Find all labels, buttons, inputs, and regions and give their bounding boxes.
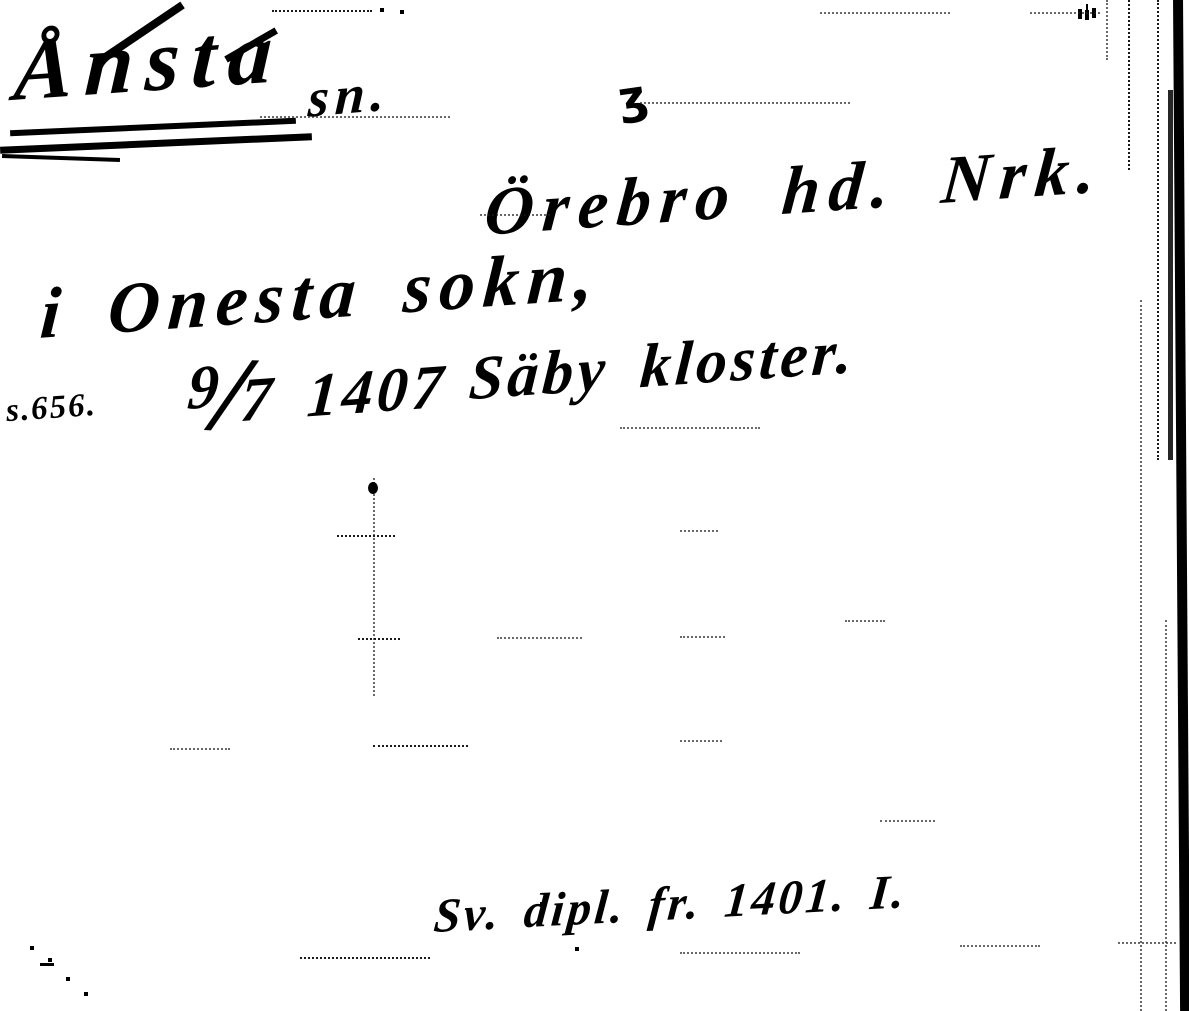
scan-dotted-line	[820, 12, 950, 14]
scan-dotted-line	[358, 638, 400, 640]
scan-dotted-line-vertical	[1140, 300, 1142, 1011]
scan-dotted-line	[680, 530, 718, 532]
headword-underline-flourish	[2, 154, 120, 162]
scan-dotted-line-vertical	[1157, 0, 1159, 460]
headword-underline-2	[0, 133, 312, 154]
date-month-year: 7 1407	[239, 355, 449, 432]
scan-dotted-line	[845, 620, 885, 622]
scan-dotted-line-vertical	[1128, 0, 1130, 170]
scan-dotted-line-vertical	[1165, 620, 1167, 1011]
scan-dotted-line	[373, 745, 468, 747]
scan-edge-right	[1173, 0, 1189, 1011]
quote-line: i Onesta sokn,	[38, 238, 604, 350]
scan-dotted-line	[480, 214, 550, 216]
scan-dotted-line	[337, 535, 395, 537]
scan-dotted-line	[170, 748, 230, 750]
date-line: 9/7 1407Säby kloster.	[185, 321, 858, 430]
page-reference: s.656.	[5, 389, 98, 428]
scan-dotted-line	[680, 636, 725, 638]
scan-dotted-line-vertical	[373, 478, 375, 696]
headword-underline-1	[10, 118, 296, 136]
scanned-archive-card: Ånsta sn. ʒ Örebro hd. Nrk. i Onesta sok…	[0, 0, 1189, 1011]
ink-speck	[40, 963, 54, 966]
scan-dotted-line	[960, 945, 1040, 947]
scan-dotted-line	[260, 116, 450, 118]
scan-dotted-line	[620, 427, 760, 429]
scan-dotted-line-vertical	[1106, 0, 1108, 60]
scan-dotted-line	[880, 820, 935, 822]
place-name: Säby kloster.	[467, 321, 858, 411]
scan-dotted-line	[680, 952, 800, 954]
scan-dotted-line	[272, 10, 372, 12]
ink-speck	[540, 902, 544, 906]
scan-artifact-mark	[1078, 9, 1082, 19]
ink-speck	[48, 958, 52, 962]
scan-dotted-line	[497, 637, 582, 639]
ink-speck	[84, 992, 88, 996]
scan-dotted-line	[300, 957, 430, 959]
ink-speck	[400, 10, 404, 14]
region-line: Örebro hd. Nrk.	[482, 134, 1107, 246]
ink-speck	[66, 977, 70, 981]
scan-edge-right-thick	[1168, 90, 1173, 460]
scan-dotted-line	[680, 740, 722, 742]
ink-speck	[380, 8, 384, 12]
source-reference: Sv. dipl. fr. 1401. I.	[432, 868, 909, 941]
scan-dotted-line	[640, 102, 850, 104]
scan-dotted-line	[1118, 942, 1176, 944]
ink-speck	[30, 946, 34, 950]
scan-dotted-line	[1030, 12, 1100, 14]
ink-speck	[368, 482, 378, 494]
ink-speck	[575, 947, 579, 951]
insertion-squiggle-mark: ʒ	[615, 72, 651, 122]
